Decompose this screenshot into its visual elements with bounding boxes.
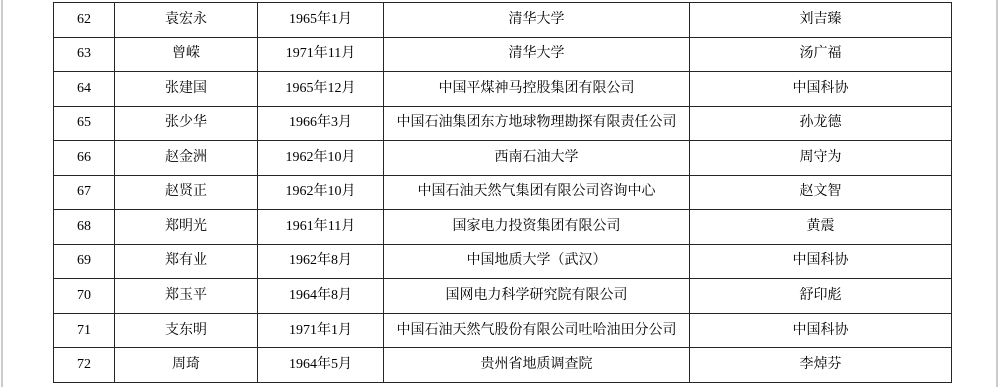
candidate-roster-table: 62 袁宏永 1965年1月 清华大学 刘吉臻 63 曾嵘 1971年11月 清… [53,2,952,383]
birthdate-cell: 1966年3月 [258,106,384,141]
name-cell: 郑玉平 [115,279,258,314]
document-page: 62 袁宏永 1965年1月 清华大学 刘吉臻 63 曾嵘 1971年11月 清… [0,0,1000,387]
serial-cell: 71 [54,313,115,348]
table-row: 70 郑玉平 1964年8月 国网电力科学研究院有限公司 舒印彪 [54,279,952,314]
nominator-cell: 中国科协 [690,313,952,348]
serial-cell: 64 [54,72,115,107]
organization-cell: 国家电力投资集团有限公司 [384,210,690,245]
name-cell: 张建国 [115,72,258,107]
name-cell: 曾嵘 [115,37,258,72]
birthdate-cell: 1962年8月 [258,244,384,279]
birthdate-cell: 1971年11月 [258,37,384,72]
serial-cell: 62 [54,3,115,38]
organization-cell: 贵州省地质调查院 [384,348,690,383]
table-row: 62 袁宏永 1965年1月 清华大学 刘吉臻 [54,3,952,38]
table-row: 63 曾嵘 1971年11月 清华大学 汤广福 [54,37,952,72]
table-row: 64 张建国 1965年12月 中国平煤神马控股集团有限公司 中国科协 [54,72,952,107]
nominator-cell: 刘吉臻 [690,3,952,38]
serial-cell: 66 [54,141,115,176]
nominator-cell: 中国科协 [690,244,952,279]
nominator-cell: 周守为 [690,141,952,176]
page-right-edge [996,0,998,387]
name-cell: 周琦 [115,348,258,383]
organization-cell: 中国石油天然气集团有限公司咨询中心 [384,175,690,210]
serial-cell: 65 [54,106,115,141]
name-cell: 袁宏永 [115,3,258,38]
table-row: 66 赵金洲 1962年10月 西南石油大学 周守为 [54,141,952,176]
birthdate-cell: 1962年10月 [258,175,384,210]
serial-cell: 72 [54,348,115,383]
serial-cell: 70 [54,279,115,314]
serial-cell: 67 [54,175,115,210]
birthdate-cell: 1962年10月 [258,141,384,176]
name-cell: 郑明光 [115,210,258,245]
organization-cell: 清华大学 [384,37,690,72]
table-row: 69 郑有业 1962年8月 中国地质大学（武汉） 中国科协 [54,244,952,279]
organization-cell: 西南石油大学 [384,141,690,176]
organization-cell: 中国地质大学（武汉） [384,244,690,279]
organization-cell: 中国石油天然气股份有限公司吐哈油田分公司 [384,313,690,348]
table-row: 68 郑明光 1961年11月 国家电力投资集团有限公司 黄震 [54,210,952,245]
table-row: 65 张少华 1966年3月 中国石油集团东方地球物理勘探有限责任公司 孙龙德 [54,106,952,141]
table-row: 67 赵贤正 1962年10月 中国石油天然气集团有限公司咨询中心 赵文智 [54,175,952,210]
table-row: 72 周琦 1964年5月 贵州省地质调查院 李焯芬 [54,348,952,383]
birthdate-cell: 1964年8月 [258,279,384,314]
name-cell: 张少华 [115,106,258,141]
birthdate-cell: 1965年1月 [258,3,384,38]
name-cell: 赵贤正 [115,175,258,210]
organization-cell: 中国石油集团东方地球物理勘探有限责任公司 [384,106,690,141]
nominator-cell: 中国科协 [690,72,952,107]
birthdate-cell: 1961年11月 [258,210,384,245]
nominator-cell: 赵文智 [690,175,952,210]
birthdate-cell: 1965年12月 [258,72,384,107]
serial-cell: 68 [54,210,115,245]
nominator-cell: 汤广福 [690,37,952,72]
organization-cell: 中国平煤神马控股集团有限公司 [384,72,690,107]
name-cell: 赵金洲 [115,141,258,176]
page-left-edge [1,0,3,387]
organization-cell: 国网电力科学研究院有限公司 [384,279,690,314]
name-cell: 郑有业 [115,244,258,279]
nominator-cell: 孙龙德 [690,106,952,141]
serial-cell: 69 [54,244,115,279]
organization-cell: 清华大学 [384,3,690,38]
serial-cell: 63 [54,37,115,72]
nominator-cell: 舒印彪 [690,279,952,314]
name-cell: 支东明 [115,313,258,348]
birthdate-cell: 1964年5月 [258,348,384,383]
birthdate-cell: 1971年1月 [258,313,384,348]
nominator-cell: 黄震 [690,210,952,245]
table-row: 71 支东明 1971年1月 中国石油天然气股份有限公司吐哈油田分公司 中国科协 [54,313,952,348]
nominator-cell: 李焯芬 [690,348,952,383]
